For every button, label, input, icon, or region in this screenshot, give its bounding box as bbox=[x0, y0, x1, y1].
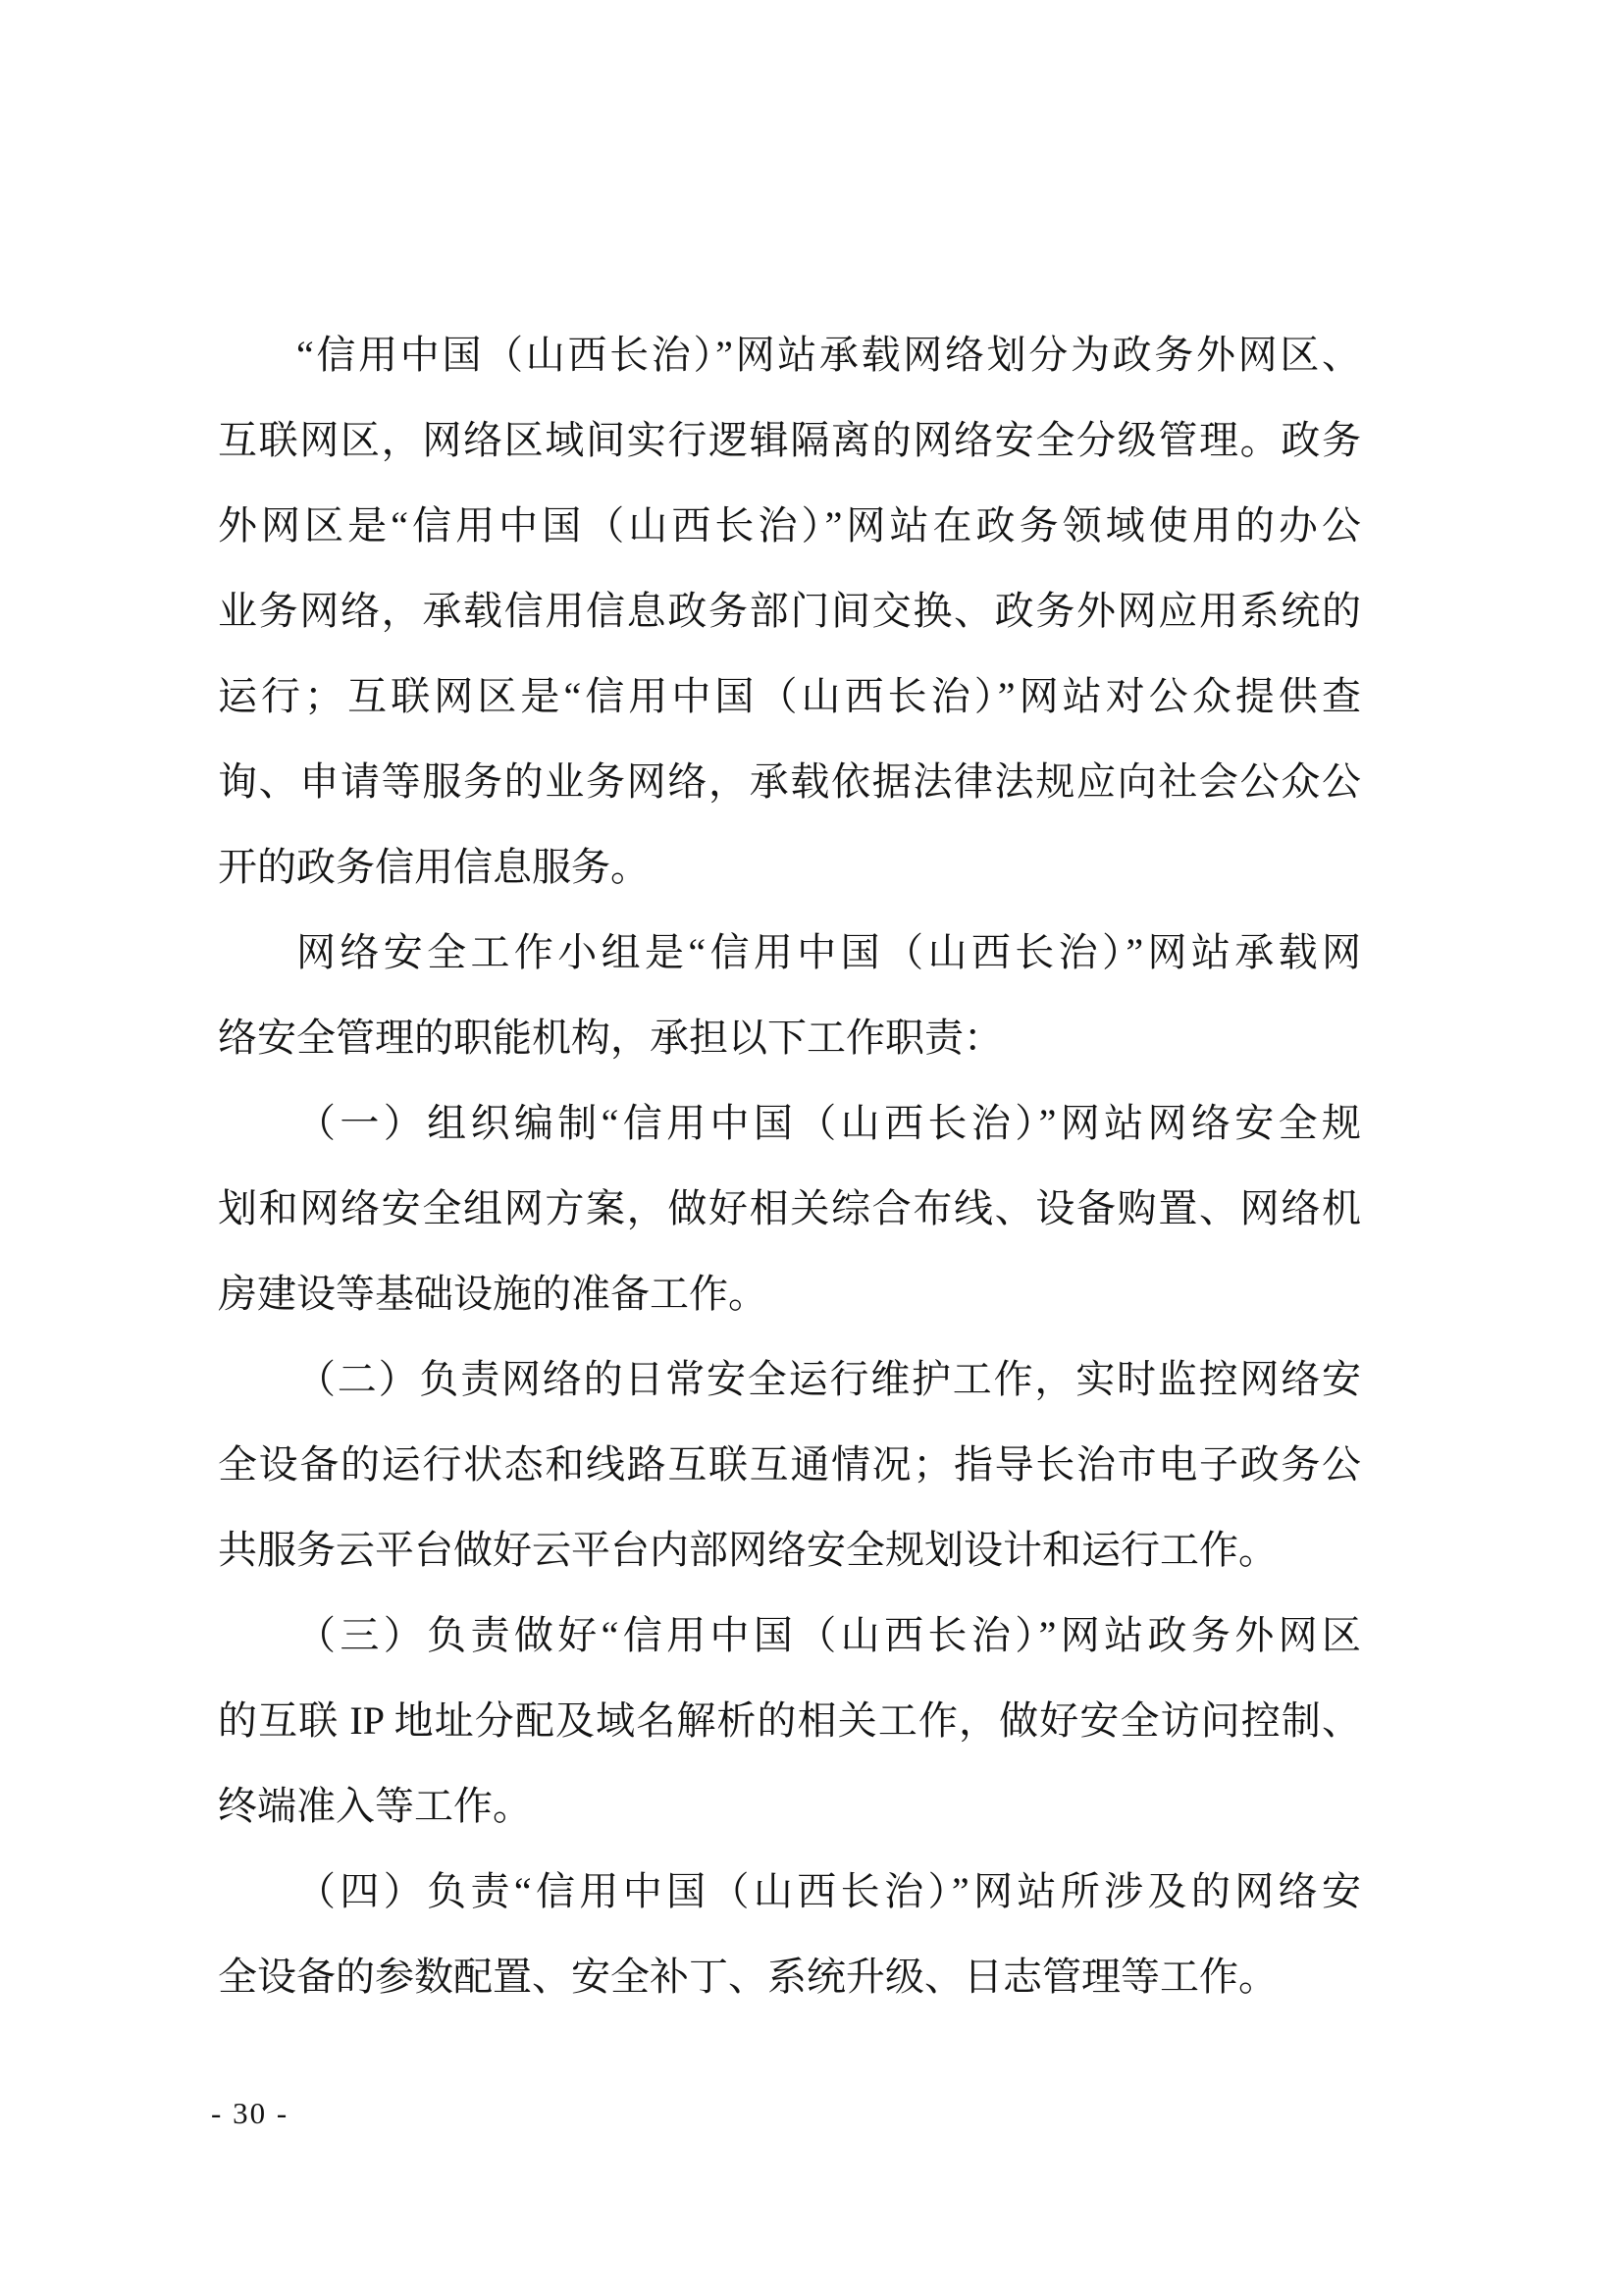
paragraph: （二）负责网络的日常安全运行维护工作，实时监控网络安全设备的运行状态和线路互联互… bbox=[218, 1336, 1361, 1592]
text-line: “信用中国（山西长治）”网站承载网络划分为政务外网区、 bbox=[218, 312, 1361, 397]
text-line: 的互联 IP 地址分配及域名解析的相关工作，做好安全访问控制、 bbox=[218, 1678, 1361, 1763]
text-line: 络安全管理的职能机构，承担以下工作职责： bbox=[218, 995, 1361, 1080]
text-line: 共服务云平台做好云平台内部网络安全规划设计和运行工作。 bbox=[218, 1507, 1361, 1592]
text-line: 互联网区，网络区域间实行逻辑隔离的网络安全分级管理。政务 bbox=[218, 397, 1361, 483]
text-line: 开的政务信用信息服务。 bbox=[218, 824, 1361, 910]
text-line: 房建设等基础设施的准备工作。 bbox=[218, 1251, 1361, 1336]
paragraph: （四）负责“信用中国（山西长治）”网站所涉及的网络安全设备的参数配置、安全补丁、… bbox=[218, 1849, 1361, 2019]
text-line: 询、申请等服务的业务网络，承载依据法律法规应向社会公众公 bbox=[218, 739, 1361, 824]
text-line: （四）负责“信用中国（山西长治）”网站所涉及的网络安 bbox=[218, 1849, 1361, 1934]
text-line: 终端准入等工作。 bbox=[218, 1763, 1361, 1849]
paragraph: 网络安全工作小组是“信用中国（山西长治）”网站承载网络安全管理的职能机构，承担以… bbox=[218, 910, 1361, 1080]
page-number: - 30 - bbox=[211, 2096, 288, 2131]
document-body: “信用中国（山西长治）”网站承载网络划分为政务外网区、互联网区，网络区域间实行逻… bbox=[218, 312, 1361, 2019]
text-line: （一）组织编制“信用中国（山西长治）”网站网络安全规 bbox=[218, 1080, 1361, 1166]
text-line: 运行；互联网区是“信用中国（山西长治）”网站对公众提供查 bbox=[218, 653, 1361, 739]
text-line: 划和网络安全组网方案，做好相关综合布线、设备购置、网络机 bbox=[218, 1166, 1361, 1251]
text-line: （二）负责网络的日常安全运行维护工作，实时监控网络安 bbox=[218, 1336, 1361, 1422]
text-line: 网络安全工作小组是“信用中国（山西长治）”网站承载网 bbox=[218, 910, 1361, 995]
paragraph: （三）负责做好“信用中国（山西长治）”网站政务外网区的互联 IP 地址分配及域名… bbox=[218, 1592, 1361, 1849]
text-line: 外网区是“信用中国（山西长治）”网站在政务领域使用的办公 bbox=[218, 483, 1361, 568]
document-page: “信用中国（山西长治）”网站承载网络划分为政务外网区、互联网区，网络区域间实行逻… bbox=[0, 0, 1624, 2296]
paragraph: （一）组织编制“信用中国（山西长治）”网站网络安全规划和网络安全组网方案，做好相… bbox=[218, 1080, 1361, 1336]
text-line: 业务网络，承载信用信息政务部门间交换、政务外网应用系统的 bbox=[218, 568, 1361, 653]
text-line: 全设备的运行状态和线路互联互通情况；指导长治市电子政务公 bbox=[218, 1422, 1361, 1507]
paragraph: “信用中国（山西长治）”网站承载网络划分为政务外网区、互联网区，网络区域间实行逻… bbox=[218, 312, 1361, 910]
text-line: 全设备的参数配置、安全补丁、系统升级、日志管理等工作。 bbox=[218, 1934, 1361, 2019]
text-line: （三）负责做好“信用中国（山西长治）”网站政务外网区 bbox=[218, 1592, 1361, 1678]
